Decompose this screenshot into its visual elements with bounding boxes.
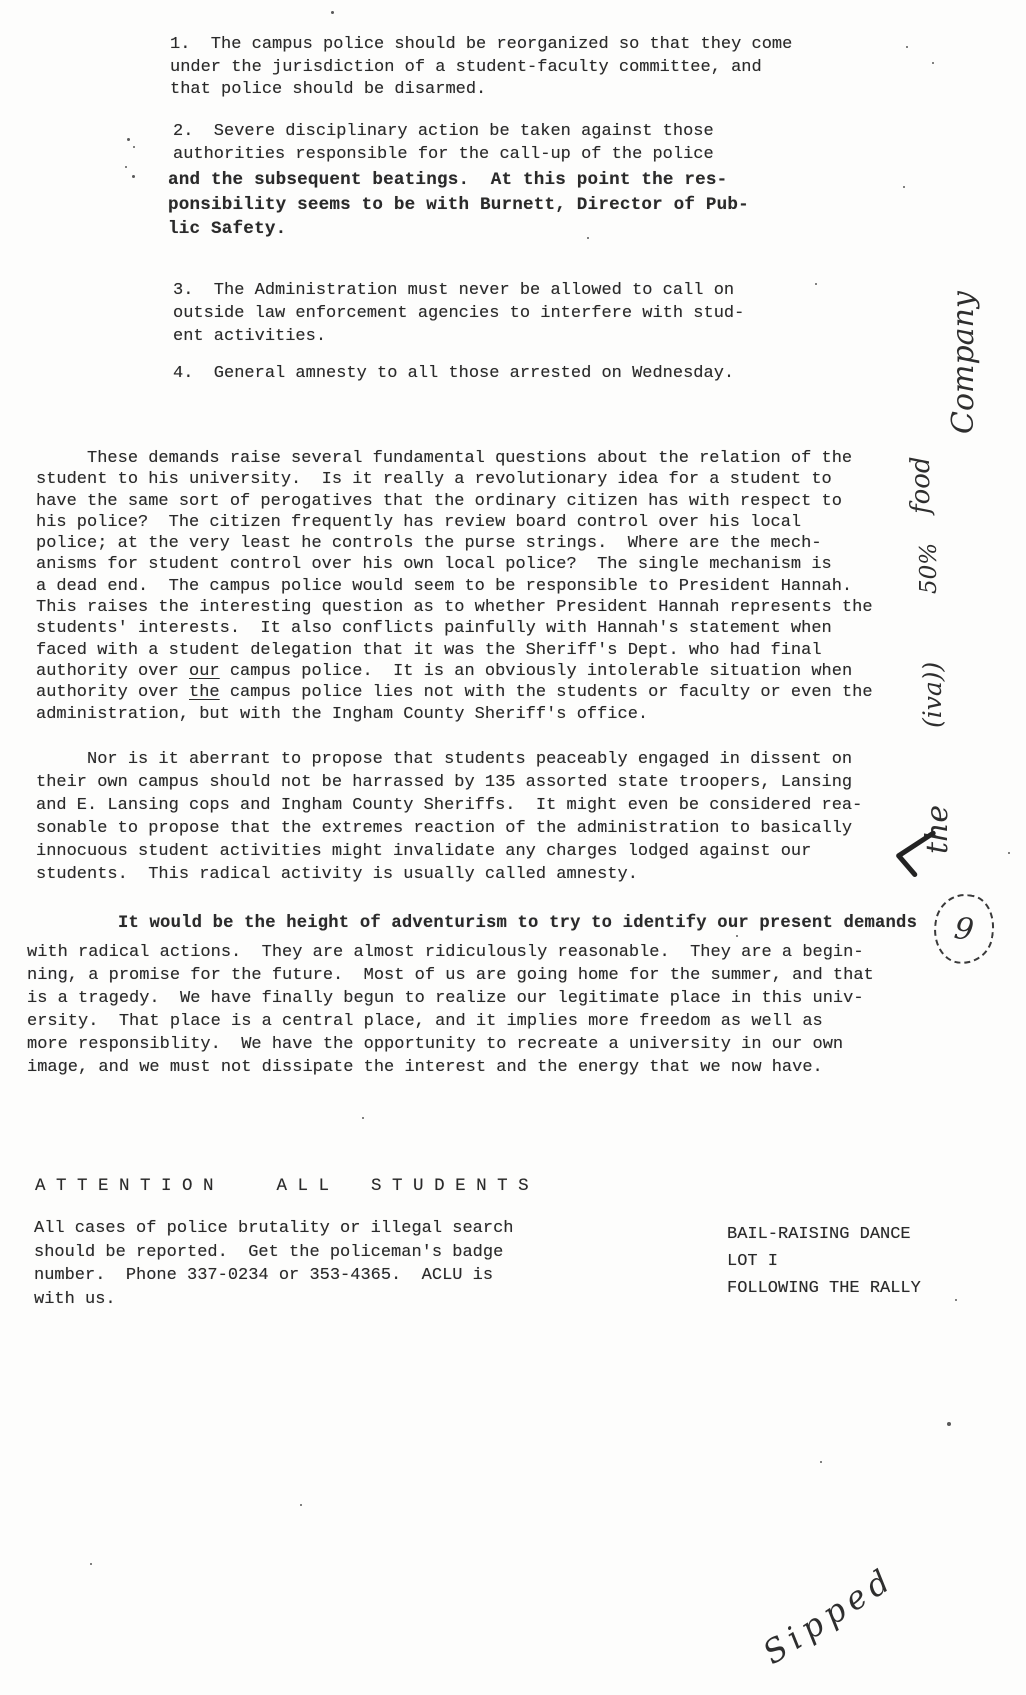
dance-notice: BAIL-RAISING DANCELOT IFOLLOWING THE RAL…: [727, 1221, 921, 1302]
typed-line: FOLLOWING THE RALLY: [727, 1275, 921, 1302]
paragraph-adventurism-rest: with radical actions. They are almost ri…: [27, 941, 874, 1079]
handwritten-note-company: Company: [946, 291, 981, 434]
scan-speck: [906, 46, 908, 48]
scanned-flyer-page: 1. The campus police should be reorganiz…: [0, 0, 1026, 1695]
typed-line: police; at the very least he controls th…: [36, 533, 873, 554]
typed-line: ersity. That place is a central place, a…: [27, 1010, 874, 1033]
underlined-word: our: [189, 662, 220, 681]
typed-line: have the same sort of perogatives that t…: [36, 491, 873, 512]
typed-line: 2. Severe disciplinary action be taken a…: [173, 121, 714, 144]
text-segment: campus police. It is an obviously intole…: [220, 662, 853, 681]
typed-line: anisms for student control over his own …: [36, 554, 873, 575]
typed-line: students' interests. It also conflicts p…: [36, 618, 873, 639]
scan-speck: [947, 1422, 951, 1426]
scan-speck: [932, 62, 934, 64]
typed-line: student to his university. Is it really …: [36, 469, 873, 490]
typed-line: should be reported. Get the policeman's …: [34, 1241, 513, 1265]
scan-speck: [587, 237, 589, 239]
handwritten-note-bottom: Sipped: [756, 1559, 901, 1672]
typed-line: BAIL-RAISING DANCE: [727, 1221, 921, 1248]
demand-item-3: 3. The Administration must never be allo…: [173, 279, 744, 348]
demand-item-2-normal: 2. Severe disciplinary action be taken a…: [173, 121, 714, 166]
typed-line: under the jurisdiction of a student-facu…: [170, 57, 792, 80]
typed-line: faced with a student delegation that it …: [36, 640, 873, 661]
scan-speck: [815, 283, 817, 285]
typed-line: 4. General amnesty to all those arrested…: [173, 363, 734, 386]
scan-speck: [331, 11, 334, 14]
scan-speck: [125, 166, 127, 168]
scan-speck: [133, 146, 135, 148]
handwritten-note-food: food: [906, 456, 936, 514]
text-segment: authority over: [36, 662, 189, 681]
scan-speck: [820, 1461, 822, 1463]
typed-line: Nor is it aberrant to propose that stude…: [36, 748, 862, 771]
handwritten-note-iva: (iva)): [918, 662, 947, 728]
typed-line: his police? The citizen frequently has r…: [36, 512, 873, 533]
typed-line: authority over our campus police. It is …: [36, 661, 873, 682]
scan-speck: [955, 1299, 957, 1301]
typed-line: sonable to propose that the extremes rea…: [36, 817, 862, 840]
typed-line: with radical actions. They are almost ri…: [27, 941, 874, 964]
typed-line: number. Phone 337-0234 or 353-4365. ACLU…: [34, 1264, 513, 1288]
typed-line: outside law enforcement agencies to inte…: [173, 302, 744, 325]
typed-line: authorities responsible for the call-up …: [173, 144, 714, 167]
scan-speck: [127, 138, 130, 141]
typed-line: image, and we must not dissipate the int…: [27, 1056, 874, 1079]
typed-line: lic Safety.: [168, 217, 749, 242]
typed-line: authority over the campus police lies no…: [36, 682, 873, 703]
typed-line: their own campus should not be harrassed…: [36, 771, 862, 794]
typed-line: innocuous student activities might inval…: [36, 840, 862, 863]
typed-line: and E. Lansing cops and Ingham County Sh…: [36, 794, 862, 817]
aclu-notice: All cases of police brutality or illegal…: [34, 1217, 513, 1311]
paragraph-adventurism-lead: It would be the height of adventurism to…: [118, 914, 917, 933]
text-segment: campus police lies not with the students…: [220, 683, 873, 702]
paragraph-not-aberrant: Nor is it aberrant to propose that stude…: [36, 748, 862, 886]
circled-digit-text: 9: [952, 910, 976, 947]
typed-line: is a tragedy. We have finally begun to r…: [27, 987, 874, 1010]
typed-line: This raises the interesting question as …: [36, 597, 873, 618]
attention-heading: A T T E N T I O N A L L S T U D E N T S: [35, 1176, 529, 1196]
typed-line: and the subsequent beatings. At this poi…: [168, 168, 749, 193]
typed-line: These demands raise several fundamental …: [36, 448, 873, 469]
typed-line: All cases of police brutality or illegal…: [34, 1217, 513, 1241]
demand-item-1: 1. The campus police should be reorganiz…: [170, 34, 792, 102]
handwritten-checkmark-icon: [883, 824, 938, 883]
typed-line: that police should be disarmed.: [170, 79, 792, 102]
scan-speck: [300, 1504, 302, 1506]
typed-line: ning, a promise for the future. Most of …: [27, 964, 874, 987]
scan-speck: [132, 175, 135, 178]
demand-item-2-bold: and the subsequent beatings. At this poi…: [168, 168, 749, 242]
scan-speck: [1008, 852, 1010, 854]
typed-line: with us.: [34, 1288, 513, 1312]
scan-speck: [903, 186, 905, 188]
typed-line: ponsibility seems to be with Burnett, Di…: [168, 193, 749, 218]
typed-line: 3. The Administration must never be allo…: [173, 279, 744, 302]
circled-digit-annotation: 9: [929, 890, 998, 968]
typed-line: LOT I: [727, 1248, 921, 1275]
scan-speck: [90, 1563, 92, 1565]
typed-line: ent activities.: [173, 325, 744, 348]
scan-speck: [736, 935, 738, 937]
text-segment: authority over: [36, 683, 189, 702]
lead-line: It would be the height of adventurism to…: [118, 914, 917, 933]
underlined-word: the: [189, 683, 220, 702]
typed-line: a dead end. The campus police would seem…: [36, 576, 873, 597]
scan-speck: [362, 1117, 364, 1119]
typed-line: more responsiblity. We have the opportun…: [27, 1033, 874, 1056]
demand-item-4: 4. General amnesty to all those arrested…: [173, 363, 734, 386]
typed-line: students. This radical activity is usual…: [36, 863, 862, 886]
typed-line: 1. The campus police should be reorganiz…: [170, 34, 792, 57]
handwritten-note-fifty: 50%: [916, 543, 942, 594]
paragraph-demands-questions: These demands raise several fundamental …: [36, 448, 873, 725]
typed-line: administration, but with the Ingham Coun…: [36, 704, 873, 725]
